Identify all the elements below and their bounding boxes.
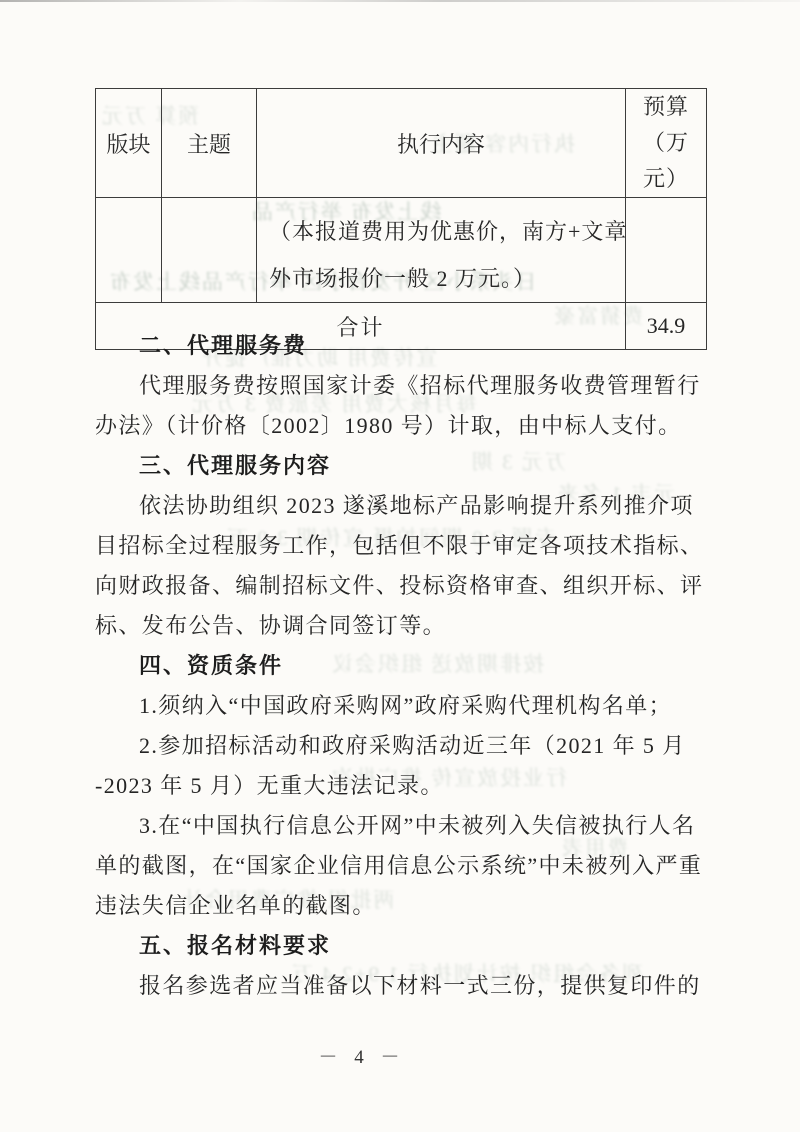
- cell-budget: [626, 198, 707, 303]
- list-item-2: 2.参加招标活动和政府采购活动近三年（2021 年 5 月: [95, 726, 711, 766]
- list-item-3: 3.在“中国执行信息公开网”中未被列入失信被执行人名: [95, 806, 711, 846]
- header-cell-topic: 主题: [162, 89, 257, 198]
- exec-content-line1: （本报道费用为优惠价，南方+文章，每篇对: [269, 208, 621, 255]
- section-heading-4: 四、资质条件: [95, 646, 711, 686]
- paragraph-line: 标、发布公告、协调合同签订等。: [95, 606, 711, 646]
- paragraph-line: 办法》（计价格〔2002〕1980 号）计取，由中标人支付。: [95, 406, 711, 446]
- list-item-1: 1.须纳入“中国政府采购网”政府采购代理机构名单；: [95, 686, 711, 726]
- header-budget-line2: （万元）: [626, 125, 706, 197]
- page-number: － 4 －: [300, 1042, 424, 1069]
- paragraph-line: 向财政报备、编制招标文件、投标资格审查、组织开标、评: [95, 566, 711, 606]
- section-heading-3: 三、代理服务内容: [95, 446, 711, 486]
- exec-content-line2: 外市场报价一般 2 万元。）: [269, 255, 621, 302]
- cell-topic: [162, 198, 257, 303]
- budget-table: 版块 主题 执行内容 预算 （万元） （本报道费用为优惠价，南方+文章，每篇对 …: [95, 88, 707, 350]
- header-cell-exec: 执行内容: [257, 89, 626, 198]
- header-cell-block: 版块: [96, 89, 162, 198]
- section-heading-2: 二、代理服务费: [95, 326, 711, 366]
- cell-exec-content: （本报道费用为优惠价，南方+文章，每篇对 外市场报价一般 2 万元。）: [257, 198, 626, 303]
- paragraph-line: -2023 年 5 月）无重大违法记录。: [95, 766, 711, 806]
- paragraph-line: 报名参选者应当准备以下材料一式三份，提供复印件的: [95, 966, 711, 1006]
- table-header-row: 版块 主题 执行内容 预算 （万元）: [96, 89, 707, 198]
- document-page: 预算 万元 执行内容 题主 线上发布 举行产品 日头系小区 开发台小区 举行产品…: [0, 0, 800, 1132]
- paragraph-line: 代理服务费按照国家计委《招标代理服务收费管理暂行: [95, 366, 711, 406]
- scan-artifact-top-edge: [0, 0, 800, 2]
- paragraph-line: 目招标全过程服务工作，包括但不限于审定各项技术指标、: [95, 526, 711, 566]
- paragraph-line: 单的截图，在“国家企业信用信息公示系统”中未被列入严重: [95, 846, 711, 886]
- section-heading-5: 五、报名材料要求: [95, 926, 711, 966]
- table-row: （本报道费用为优惠价，南方+文章，每篇对 外市场报价一般 2 万元。）: [96, 198, 707, 303]
- document-body: 二、代理服务费 代理服务费按照国家计委《招标代理服务收费管理暂行 办法》（计价格…: [95, 326, 711, 1006]
- paragraph-line: 违法失信企业名单的截图。: [95, 886, 711, 926]
- paragraph-line: 依法协助组织 2023 遂溪地标产品影响提升系列推介项: [95, 486, 711, 526]
- header-budget-line1: 预算: [626, 89, 706, 125]
- cell-block: [96, 198, 162, 303]
- header-cell-budget: 预算 （万元）: [626, 89, 707, 198]
